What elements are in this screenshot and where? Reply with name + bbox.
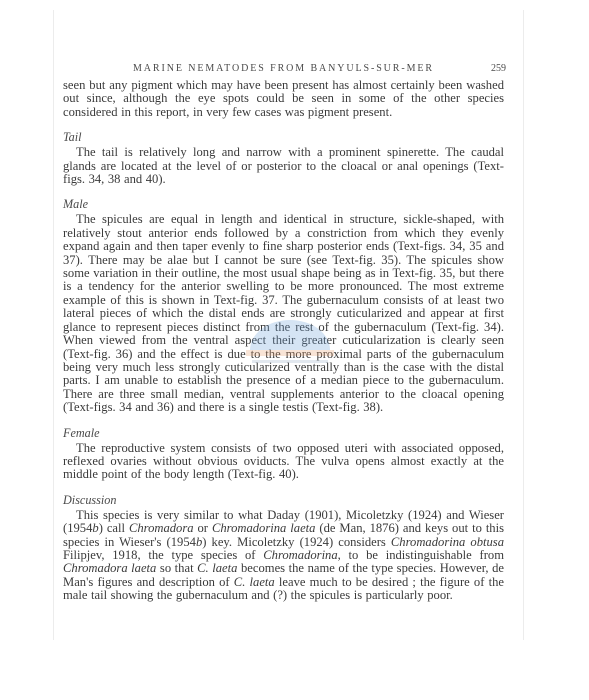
section-heading-male: Male: [63, 197, 504, 211]
italic-term: Chromadorina: [263, 548, 337, 562]
running-head-title: MARINE NEMATODES FROM BANYULS-SUR-MER: [133, 63, 434, 74]
section-heading-discussion: Discussion: [63, 493, 504, 507]
page-edge-left: [53, 10, 54, 640]
italic-term: Chromadorina obtusa: [391, 535, 504, 549]
document-page: MARINE NEMATODES FROM BANYULS-SUR-MER 25…: [63, 60, 504, 603]
italic-term: b: [196, 535, 202, 549]
section-female: Female The reproductive system consists …: [63, 426, 504, 482]
section-male: Male The spicules are equal in length an…: [63, 197, 504, 414]
italic-term: Chromadora: [129, 521, 194, 535]
page-edge-right: [523, 10, 524, 640]
section-paragraph-discussion: This species is very similar to what Dad…: [63, 509, 504, 603]
section-paragraph-female: The reproductive system consists of two …: [63, 442, 504, 482]
section-paragraph-male: The spicules are equal in length and ide…: [63, 213, 504, 414]
italic-term: b: [92, 521, 98, 535]
section-discussion: Discussion This species is very similar …: [63, 493, 504, 603]
section-tail: Tail The tail is relatively long and nar…: [63, 130, 504, 186]
section-paragraph-tail: The tail is relatively long and narrow w…: [63, 146, 504, 186]
italic-term: C. laeta: [197, 561, 237, 575]
page-number: 259: [491, 63, 506, 74]
running-head: MARINE NEMATODES FROM BANYULS-SUR-MER 25…: [63, 60, 504, 76]
section-heading-female: Female: [63, 426, 504, 440]
italic-term: Chromadorina laeta: [212, 521, 316, 535]
intro-paragraph: seen but any pigment which may have been…: [63, 79, 504, 119]
italic-term: Chromadora laeta: [63, 561, 156, 575]
italic-term: C. laeta: [234, 575, 275, 589]
section-heading-tail: Tail: [63, 130, 504, 144]
